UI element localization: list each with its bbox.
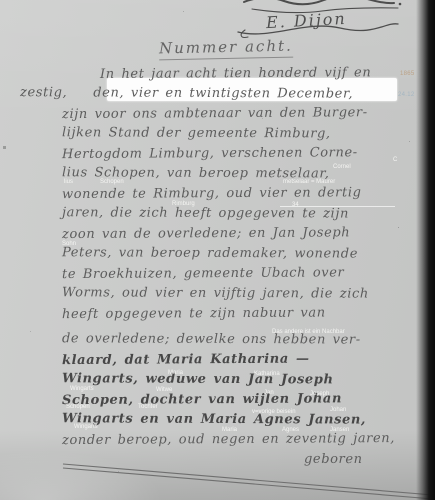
gloss-label: Tochter [138,404,158,411]
text-line: In het jaar acht tien honderd vijf en [100,63,414,85]
gloss-label: Joseph [310,391,329,398]
gloss-label: Johan [330,407,346,414]
gloss-label: Maria [168,370,183,377]
text-line: te Broekhuizen, gemeente Ubach over [62,263,414,285]
record-text: In het jaar acht tien honderd vijf en ze… [62,64,414,470]
text-line: Schopen, dochter van wijlen Johan [62,389,414,411]
margin-annotation-year: 1865 [400,71,415,78]
text-line: de overledene; dewelke ons hebben ver- [62,329,414,351]
closing-double-rule [55,455,435,500]
text-line: Wingarts en van Maria Agnes Jansen, [62,409,414,431]
scanned-death-record-page: E. Dijon Nummer acht. In het jaar acht t… [0,0,435,500]
gloss-label: Jansen [330,427,349,434]
gloss-label: Sohn [62,241,76,248]
gloss-label: Rimburg [172,201,195,208]
gloss-label: Maria [222,427,237,434]
text-line: Peters, van beroep rademaker, wonende [62,243,414,265]
text-line-date: zestig,den, vier en twintigsten December… [20,83,414,105]
gloss-label: Wingarts [74,424,98,431]
text-line: zijn voor ons ambtenaar van den Burger- [62,103,414,125]
gloss-underline-stroke [280,206,395,207]
text-line: zoon van de overledene; en Jan Joseph [62,223,414,245]
paper-speckles [0,0,1,1]
text-line: lijken Stand der gemeente Rimburg, [62,123,414,145]
entry-number-heading: Nummer acht. [159,37,293,61]
gloss-label: C [393,157,397,164]
highlighted-date-text: den, vier en twintigsten December, [93,85,353,101]
text-fragment: zestig, [20,85,67,100]
page-edge-shadow [416,0,435,500]
gloss-label: Das andere ist ein Nachbar [272,329,345,336]
text-line: klaard, dat Maria Katharina — [62,349,414,371]
gloss-label: Schopen [66,404,90,411]
gloss-label: Jan [264,390,274,397]
gloss-label: Cornel [333,164,351,171]
gloss-label: v=vorige beisein [252,409,296,416]
gloss-label: Witwe [156,387,172,394]
text-line: zonder beroep, oud negen en zeventig jar… [62,429,414,451]
margin-annotation-date: 24.12 [398,92,415,99]
text-line: Hertogdom Limburg, verschenen Corne- [62,143,414,165]
text-line: Worms, oud vier en vijftig jaren, die zi… [62,283,414,305]
text-line: heeft opgegeven te zijn nabuur van [62,303,414,325]
text-line: Wingarts, weduwe van Jan Joseph [62,369,414,391]
gloss-label: Schopen [100,179,124,186]
gloss-label: Agnes [282,427,299,434]
gloss-label: metselaar = Maurer [283,179,335,186]
gloss-label: Katharina [254,371,280,378]
gloss-label: lius [64,179,73,186]
text-line: wonende te Rimburg, oud vier en dertig [62,183,414,205]
gloss-label: Wingarts [70,386,94,393]
